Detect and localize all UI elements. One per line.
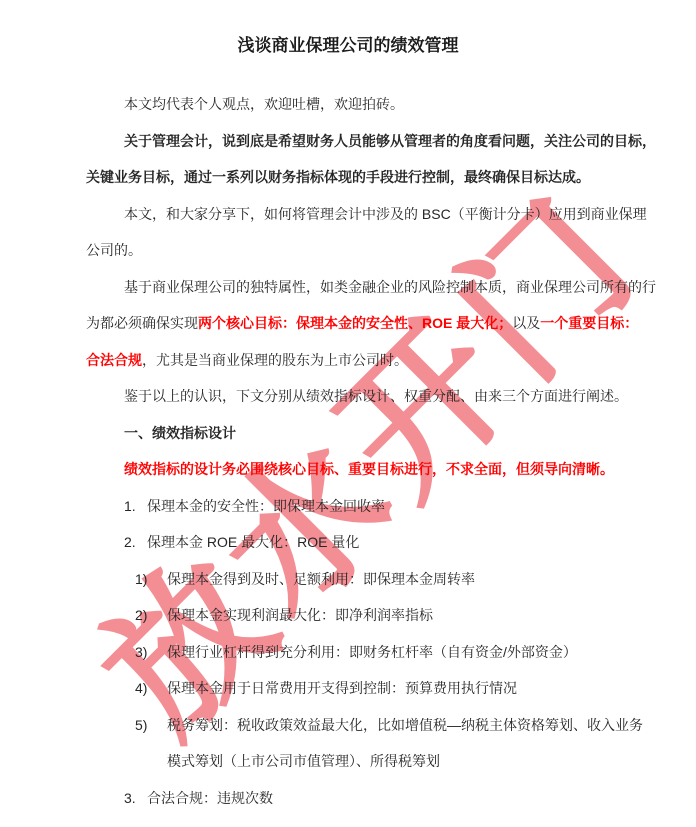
sub-list-item-number: 3) (135, 634, 167, 671)
list-item: 3.合法合规：违规次数 (86, 780, 646, 817)
list-item-text: 保理本金 ROE 最大化：ROE 量化 (147, 534, 359, 550)
list-item-text: 保理本金的安全性：即保理本金回收率 (147, 498, 385, 514)
paragraph-disclaimer: 本文均代表个人观点，欢迎吐槽，欢迎拍砖。 (86, 86, 646, 123)
section1-principle: 绩效指标的设计务必围绕核心目标、重要目标进行，不求全面，但须导向清晰。 (86, 451, 646, 488)
paragraph-core-goals-line3: 合法合规，尤其是当商业保理的股东为上市公司时。 (86, 342, 646, 379)
list-item-number: 3. (124, 780, 147, 817)
section1-heading: 一、绩效指标设计 (86, 415, 646, 452)
sub-list-item: 2)保理本金实现利润最大化：即净利润率指标 (86, 597, 646, 634)
sub-list-item-text: 保理本金得到及时、足额利用：即保理本金周转率 (167, 571, 475, 587)
document-page: 放水开门 浅谈商业保理公司的绩效管理 本文均代表个人观点，欢迎吐槽，欢迎拍砖。 … (0, 0, 696, 827)
paragraph-bsc-intro-line2: 公司的。 (86, 232, 646, 269)
paragraph-bsc-intro-line1: 本文，和大家分享下，如何将管理会计中涉及的 BSC（平衡计分卡）应用到商业保理 (86, 196, 646, 233)
sub-list-item: 1)保理本金得到及时、足额利用：即保理本金周转率 (86, 561, 646, 598)
compliance-red-segment: 合法合规 (86, 352, 142, 368)
sub-list-item-number: 5) (135, 707, 167, 744)
sub-list-item-text: 税务筹划：税收政策效益最大化，比如增值税—纳税主体资格筹划、收入业务 (167, 717, 643, 733)
core-goals-red-segment: 两个核心目标：保理本金的安全性、ROE 最大化； (198, 315, 512, 331)
sub-list-item-text: 保理本金用于日常费用开支得到控制：预算费用执行情况 (167, 680, 517, 696)
list-item: 1.保理本金的安全性：即保理本金回收率 (86, 488, 646, 525)
important-goal-red-segment: 一个重要目标： (540, 315, 638, 331)
paragraph-management-accounting-line2: 关键业务目标，通过一系列以财务指标体现的手段进行控制，最终确保目标达成。 (86, 159, 646, 196)
core-goals-black-segment: 以及 (512, 315, 540, 331)
list-item-text: 合法合规：违规次数 (147, 790, 273, 806)
document-content: 浅谈商业保理公司的绩效管理 本文均代表个人观点，欢迎吐槽，欢迎拍砖。 关于管理会… (0, 0, 696, 827)
paragraph-management-accounting-line1: 关于管理会计，说到底是希望财务人员能够从管理者的角度看问题，关注公司的目标， (86, 123, 646, 160)
paragraph-core-goals-line1: 基于商业保理公司的独特属性，如类金融企业的风险控制本质，商业保理公司所有的行 (86, 269, 646, 306)
sub-list-item: 5)税务筹划：税收政策效益最大化，比如增值税—纳税主体资格筹划、收入业务 (86, 707, 646, 744)
document-body: 本文均代表个人观点，欢迎吐槽，欢迎拍砖。 关于管理会计，说到底是希望财务人员能够… (86, 86, 646, 816)
core-goals-black-segment: 为都必须确保实现 (86, 315, 198, 331)
page-title: 浅谈商业保理公司的绩效管理 (0, 28, 696, 64)
list-item: 2.保理本金 ROE 最大化：ROE 量化 (86, 524, 646, 561)
sub-list-item-number: 4) (135, 670, 167, 707)
sub-list-item-continuation: 模式筹划（上市公司市值管理）、所得税筹划 (86, 743, 646, 780)
sub-list-item-text: 保理本金实现利润最大化：即净利润率指标 (167, 607, 433, 623)
paragraph-outline: 鉴于以上的认识，下文分别从绩效指标设计、权重分配、由来三个方面进行阐述。 (86, 378, 646, 415)
sub-list-item-text: 保理行业杠杆得到充分利用：即财务杠杆率（自有资金/外部资金） (167, 644, 577, 660)
sub-list-item-number: 2) (135, 597, 167, 634)
sub-list-item: 3)保理行业杠杆得到充分利用：即财务杠杆率（自有资金/外部资金） (86, 634, 646, 671)
list-item-number: 1. (124, 488, 147, 525)
compliance-black-segment: ，尤其是当商业保理的股东为上市公司时。 (142, 352, 408, 368)
list-item-number: 2. (124, 524, 147, 561)
paragraph-core-goals-line2: 为都必须确保实现两个核心目标：保理本金的安全性、ROE 最大化；以及一个重要目标… (86, 305, 646, 342)
sub-list-item-number: 1) (135, 561, 167, 598)
sub-list-item: 4)保理本金用于日常费用开支得到控制：预算费用执行情况 (86, 670, 646, 707)
